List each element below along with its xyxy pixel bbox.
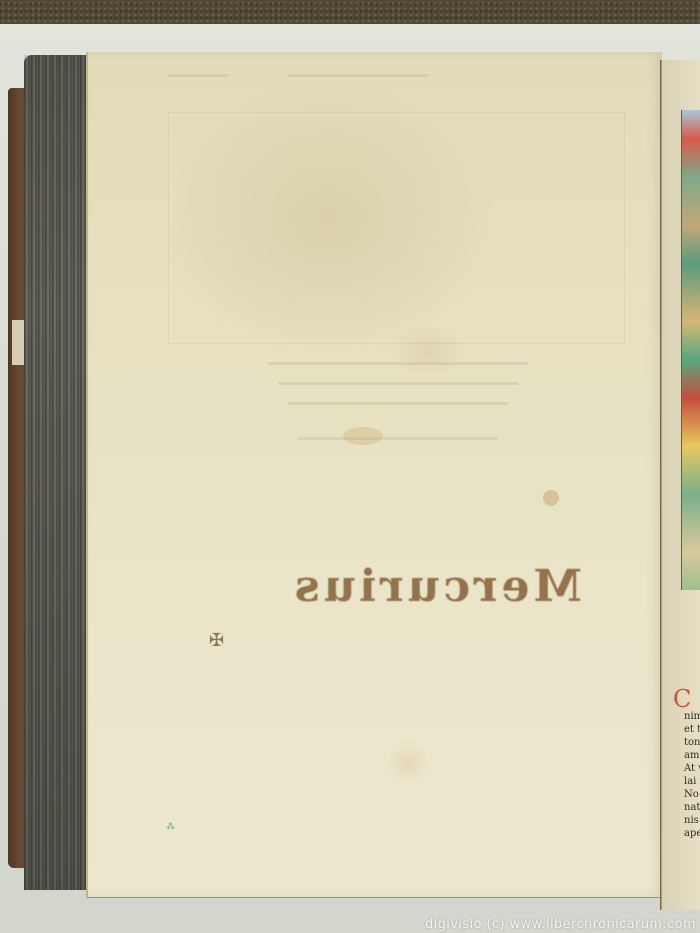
text-line: nati <box>684 801 700 814</box>
show-through-text-block <box>168 112 625 344</box>
text-line: tonc <box>684 736 700 749</box>
text-line: No <box>684 788 700 801</box>
copyright-watermark: digivisio (c) www.liberchronicarum.com <box>425 917 696 932</box>
text-line: et th <box>684 723 700 736</box>
show-through-line <box>288 402 508 405</box>
cover-tear <box>12 320 24 365</box>
page-block-edges <box>24 55 90 890</box>
show-through-header <box>288 74 428 77</box>
left-page: Mercurius ✠ ⁂ <box>86 52 662 898</box>
text-line: ape <box>684 827 700 840</box>
show-through-heading: Mercurius <box>312 542 582 632</box>
woodcut-illustration <box>681 110 700 590</box>
text-line: At v <box>684 762 700 775</box>
show-through-header <box>168 74 228 77</box>
text-line: nis <box>684 814 700 827</box>
text-line: am v <box>684 749 700 762</box>
rubricated-initial: C <box>673 685 691 713</box>
green-speck: ⁂ <box>166 822 175 832</box>
show-through-line <box>268 362 528 365</box>
show-through-line <box>278 382 518 385</box>
text-line: lai m <box>684 775 700 788</box>
stain <box>543 490 559 506</box>
carpet-background <box>0 0 700 26</box>
show-through-mark: ✠ <box>209 630 227 668</box>
text-line: nim <box>684 710 700 723</box>
right-page-text: nim et th tonc am v At v lai m No nati n… <box>684 710 700 840</box>
stain <box>343 427 383 445</box>
show-through-line <box>298 437 498 440</box>
